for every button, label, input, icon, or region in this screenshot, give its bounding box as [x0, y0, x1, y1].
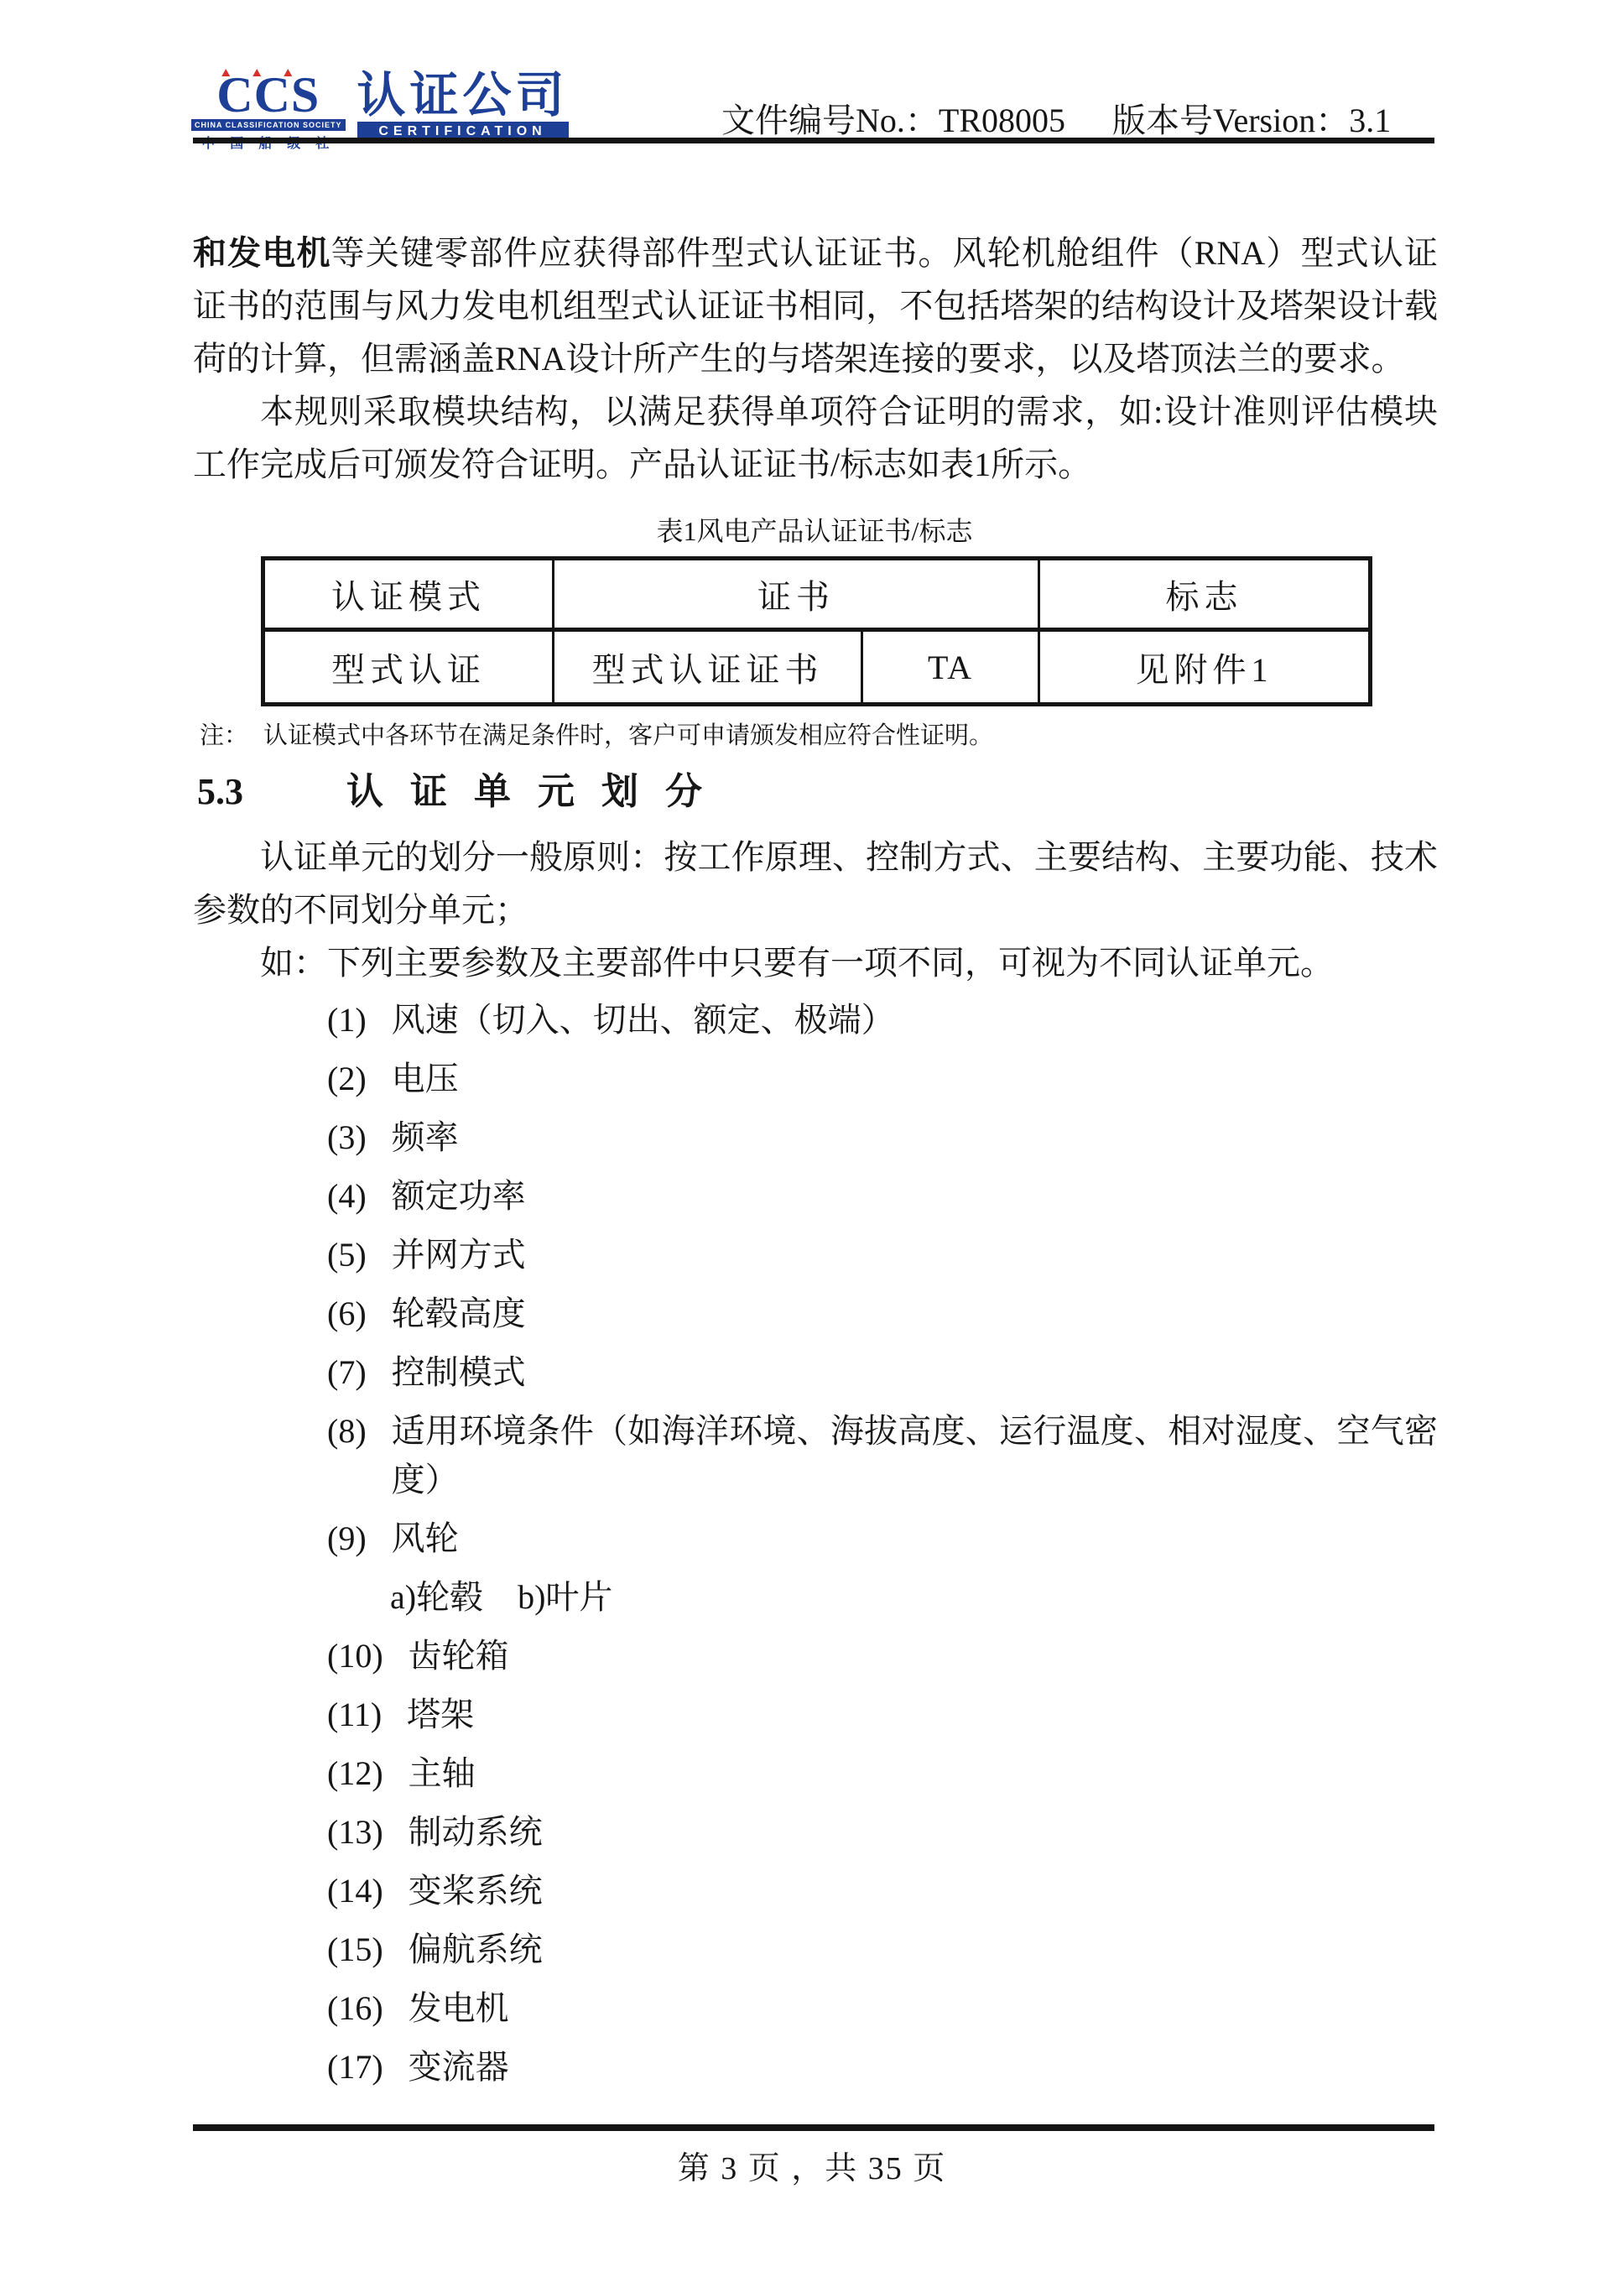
note-text: 认证模式中各环节在满足条件时，客户可申请颁发相应符合性证明。	[263, 718, 993, 753]
list-item-number: (14)	[327, 1867, 383, 1915]
list-item: (3)频率	[327, 1113, 1438, 1162]
list-item: (12)主轴	[327, 1749, 1438, 1798]
document-number: 文件编号No.：TR08005	[721, 94, 1065, 142]
list-item-number: (1)	[327, 996, 367, 1045]
list-item-text: 轮毂高度	[392, 1290, 1438, 1338]
table-header-row: 认证模式 证书 标志	[263, 559, 1371, 630]
list-item-number: (16)	[327, 1984, 383, 2033]
page-content: 和发电机等关键零部件应获得部件型式认证证书。风轮机舱组件（RNA）型式认证证书的…	[193, 144, 1438, 2102]
list-item: (4)额定功率	[327, 1172, 1438, 1221]
cell-type-certification: 型式认证	[263, 630, 554, 705]
list-item: (13)制动系统	[327, 1808, 1438, 1857]
list-item-text: 风速（切入、切出、额定、极端）	[392, 996, 1438, 1045]
list-item-text: 并网方式	[392, 1231, 1438, 1279]
list-item-number: (17)	[327, 2043, 383, 2092]
list-item: (16)发电机	[327, 1984, 1438, 2033]
list-item-number: (8)	[327, 1407, 367, 1504]
list-item-text: 适用环境条件（如海洋环境、海拔高度、运行温度、相对湿度、空气密度）	[392, 1407, 1438, 1504]
certificate-table: 认证模式 证书 标志 型式认证 型式认证证书 TA 见附件1	[261, 556, 1372, 706]
header-rule	[193, 138, 1434, 143]
ccs-acronym: CCS	[216, 67, 320, 122]
list-item-number: (11)	[327, 1691, 382, 1739]
list-item: (9)风轮	[327, 1514, 1438, 1563]
list-item-text: 塔架	[407, 1691, 1438, 1739]
rotor-subitems: a)轮毂 b)叶片	[390, 1573, 1438, 1622]
list-item-text: 变流器	[409, 2043, 1438, 2092]
header-cell-certificate: 证书	[554, 559, 1039, 630]
header-cell-mode: 认证模式	[263, 559, 554, 630]
list-item: (14)变桨系统	[327, 1867, 1438, 1915]
list-item: (2)电压	[327, 1055, 1438, 1103]
paragraph-rna-bold-lead: 和发电机	[193, 234, 331, 272]
subitem-hub: a)轮毂	[390, 1573, 483, 1622]
list-item-number: (7)	[327, 1348, 367, 1397]
list-item-text: 主轴	[409, 1749, 1438, 1798]
paragraph-unit-principle: 认证单元的划分一般原则：按工作原理、控制方式、主要结构、主要功能、技术参数的不同…	[193, 831, 1438, 936]
note-label: 注：	[200, 718, 248, 753]
list-item: (7)控制模式	[327, 1348, 1438, 1397]
list-item: (10)齿轮箱	[327, 1632, 1438, 1680]
ccs-logo-text: CCS	[216, 72, 320, 117]
parameter-list: (1)风速（切入、切出、额定、极端） (2)电压 (3)频率 (4)额定功率 (…	[327, 996, 1438, 2092]
cell-see-annex: 见附件1	[1039, 630, 1371, 705]
paragraph-modules: 本规则采取模块结构，以满足获得单项符合证明的需求，如:设计准则评估模块工作完成后…	[193, 385, 1438, 491]
list-item-number: (12)	[327, 1749, 383, 1798]
section-title: 认证单元划分	[346, 769, 729, 815]
list-item-text: 额定功率	[392, 1172, 1438, 1221]
cell-type-certificate: 型式认证证书	[554, 630, 862, 705]
list-item-number: (15)	[327, 1925, 383, 1974]
paragraph-rna: 和发电机等关键零部件应获得部件型式认证证书。风轮机舱组件（RNA）型式认证证书的…	[193, 227, 1438, 385]
subitem-blade: b)叶片	[518, 1573, 612, 1622]
list-item-text: 风轮	[392, 1514, 1438, 1563]
list-item-text: 制动系统	[409, 1808, 1438, 1857]
cell-ta-code: TA	[862, 630, 1039, 705]
paragraph-unit-example: 如：下列主要参数及主要部件中只要有一项不同，可视为不同认证单元。	[193, 936, 1438, 989]
section-heading-5-3: 5.3 认证单元划分	[197, 769, 1438, 815]
list-item: (5)并网方式	[327, 1231, 1438, 1279]
list-item-text: 发电机	[409, 1984, 1438, 2033]
ccs-logo-right: 认证公司 CERTIFICATION	[357, 72, 569, 142]
list-item-text: 变桨系统	[409, 1867, 1438, 1915]
list-item: (1)风速（切入、切出、额定、极端）	[327, 996, 1438, 1045]
list-item-number: (4)	[327, 1172, 367, 1221]
header-cell-mark: 标志	[1039, 559, 1371, 630]
list-item-number: (5)	[327, 1231, 367, 1279]
table-data-row: 型式认证 型式认证证书 TA 见附件1	[263, 630, 1371, 705]
list-item: (8)适用环境条件（如海洋环境、海拔高度、运行温度、相对湿度、空气密度）	[327, 1407, 1438, 1504]
list-item-text: 齿轮箱	[409, 1632, 1438, 1680]
list-item-number: (2)	[327, 1055, 367, 1103]
list-item: (11)塔架	[327, 1691, 1438, 1739]
page-number: 第 3 页 ，共 35 页	[0, 2142, 1624, 2188]
paragraph-rna-text: 等关键零部件应获得部件型式认证证书。风轮机舱组件（RNA）型式认证证书的范围与风…	[193, 234, 1438, 378]
list-item-number: (9)	[327, 1514, 367, 1563]
brand-cn-label: 认证公司	[357, 72, 569, 119]
list-item-text: 频率	[392, 1113, 1438, 1162]
list-item-text: 电压	[392, 1055, 1438, 1103]
document-version: 版本号Version：3.1	[1112, 94, 1391, 142]
table-caption: 表1风电产品认证证书/标志	[261, 511, 1368, 551]
table-note: 注： 认证模式中各环节在满足条件时，客户可申请颁发相应符合性证明。	[200, 718, 1438, 753]
list-item-number: (10)	[327, 1632, 383, 1680]
list-item: (15)偏航系统	[327, 1925, 1438, 1974]
section-number: 5.3	[197, 769, 243, 815]
list-item: (6)轮毂高度	[327, 1290, 1438, 1338]
list-item-number: (13)	[327, 1808, 383, 1857]
footer-rule	[193, 2124, 1434, 2131]
list-item-number: (6)	[327, 1290, 367, 1338]
list-item-number: (3)	[327, 1113, 367, 1162]
list-item-text: 偏航系统	[409, 1925, 1438, 1974]
document-meta: 文件编号No.：TR08005 版本号Version：3.1	[721, 94, 1391, 142]
list-item: (17)变流器	[327, 2043, 1438, 2092]
list-item-text: 控制模式	[392, 1348, 1438, 1397]
